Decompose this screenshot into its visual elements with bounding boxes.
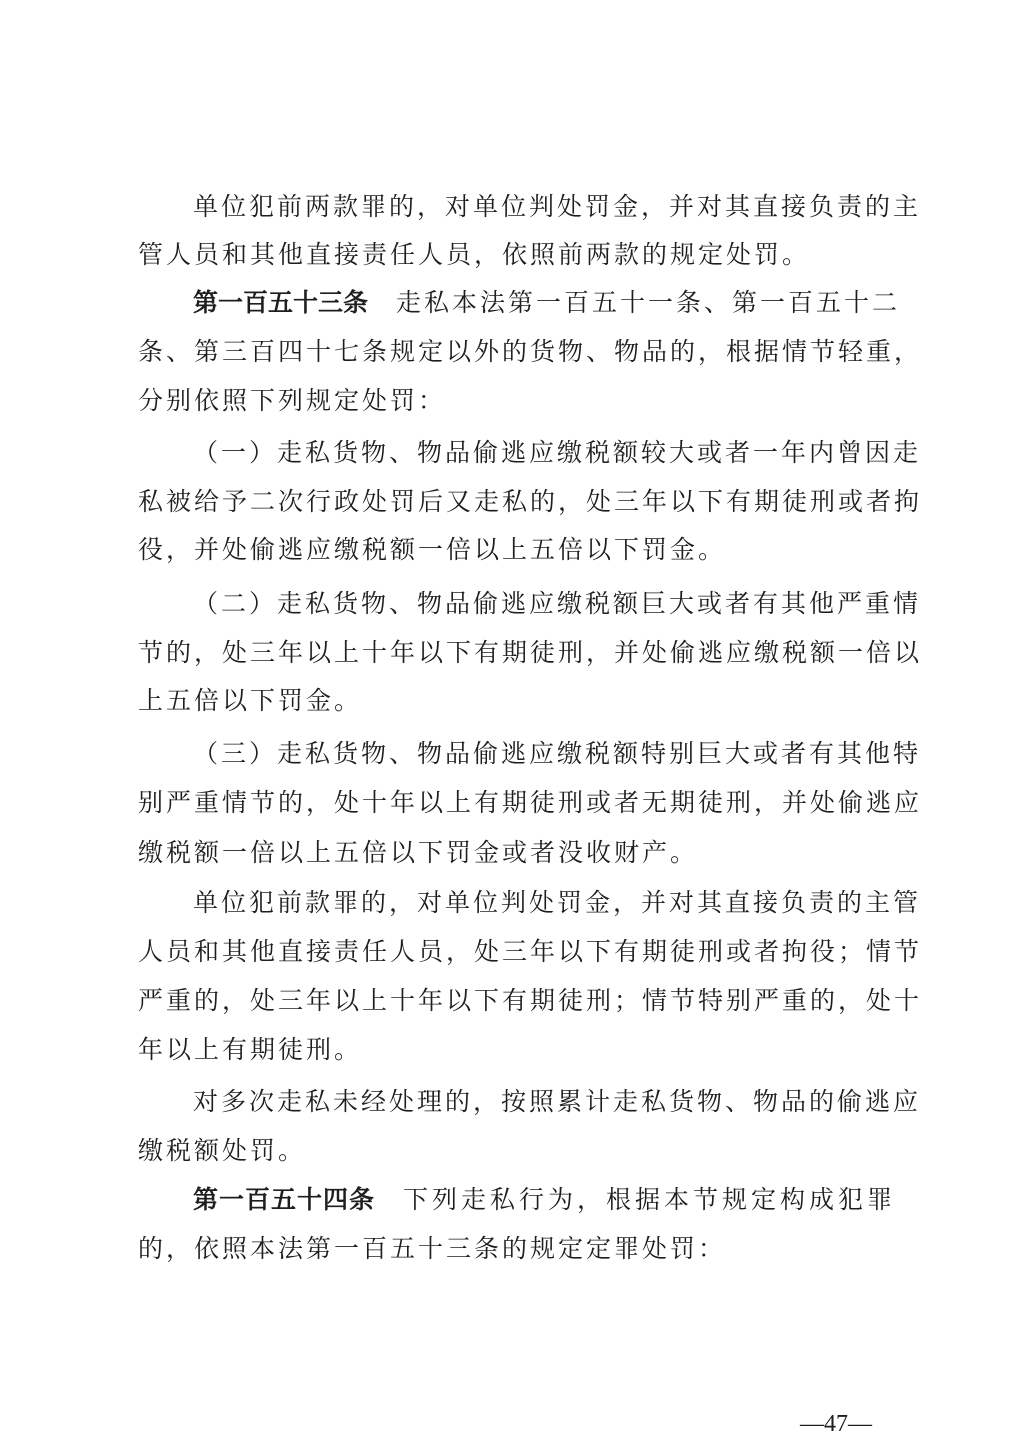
paragraph-line: 分别依照下列规定处罚： — [138, 385, 895, 417]
line-text: 役，并处偷逃应缴税额一倍以上五倍以下罚金。 — [138, 535, 726, 564]
line-text: 别严重情节的，处十年以上有期徒刑或者无期徒刑，并处偷逃应 — [138, 788, 922, 817]
line-text: 私被给予二次行政处罚后又走私的，处三年以下有期徒刑或者拘 — [138, 487, 922, 516]
paragraph-line: 役，并处偷逃应缴税额一倍以上五倍以下罚金。 — [138, 534, 895, 566]
line-text: （二）走私货物、物品偷逃应缴税额巨大或者有其他严重情 — [193, 589, 921, 618]
paragraph-line: 人员和其他直接责任人员，处三年以下有期徒刑或者拘役；情节 — [138, 936, 895, 968]
line-text: 单位犯前款罪的，对单位判处罚金，并对其直接负责的主管 — [193, 888, 921, 917]
paragraph-line: 节的，处三年以上十年以下有期徒刑，并处偷逃应缴税额一倍以 — [138, 637, 895, 669]
line-text: 下列走私行为，根据本节规定构成犯罪 — [403, 1185, 895, 1214]
paragraph-line: 年以上有期徒刑。 — [138, 1034, 895, 1066]
line-text: 缴税额一倍以上五倍以下罚金或者没收财产。 — [138, 838, 698, 867]
paragraph-line: 严重的，处三年以上十年以下有期徒刑；情节特别严重的，处十 — [138, 985, 895, 1017]
paragraph-line: 缴税额处罚。 — [138, 1135, 895, 1167]
clause-2-line: （二）走私货物、物品偷逃应缴税额巨大或者有其他严重情 — [193, 588, 895, 620]
paragraph-line: 别严重情节的，处十年以上有期徒刑或者无期徒刑，并处偷逃应 — [138, 787, 895, 819]
line-text: 人员和其他直接责任人员，处三年以下有期徒刑或者拘役；情节 — [138, 937, 922, 966]
paragraph-line: 上五倍以下罚金。 — [138, 685, 895, 717]
line-text: 单位犯前两款罪的，对单位判处罚金，并对其直接负责的主 — [193, 192, 921, 221]
paragraph-line: 私被给予二次行政处罚后又走私的，处三年以下有期徒刑或者拘 — [138, 486, 895, 518]
line-text: 走私本法第一百五十一条、第一百五十二 — [396, 288, 900, 317]
paragraph-line: 缴税额一倍以上五倍以下罚金或者没收财产。 — [138, 837, 895, 869]
line-text: 对多次走私未经处理的，按照累计走私货物、物品的偷逃应 — [193, 1087, 921, 1116]
article-heading: 第一百五十四条 — [193, 1185, 375, 1214]
line-text: 严重的，处三年以上十年以下有期徒刑；情节特别严重的，处十 — [138, 986, 922, 1015]
line-text: （一）走私货物、物品偷逃应缴税额较大或者一年内曾因走 — [193, 438, 921, 467]
clause-1-line: （一）走私货物、物品偷逃应缴税额较大或者一年内曾因走 — [193, 437, 895, 469]
line-text: 管人员和其他直接责任人员，依照前两款的规定处罚。 — [138, 240, 810, 269]
paragraph-line: 的，依照本法第一百五十三条的规定定罪处罚： — [138, 1233, 895, 1265]
paragraph-line: 条、第三百四十七条规定以外的货物、物品的，根据情节轻重， — [138, 336, 895, 368]
paragraph-line: 管人员和其他直接责任人员，依照前两款的规定处罚。 — [138, 239, 895, 271]
line-text: （三）走私货物、物品偷逃应缴税额特别巨大或者有其他特 — [193, 739, 921, 768]
line-text: 的，依照本法第一百五十三条的规定定罪处罚： — [138, 1234, 726, 1263]
article-heading: 第一百五十三条 — [193, 288, 368, 317]
document-page: 单位犯前两款罪的，对单位判处罚金，并对其直接负责的主 管人员和其他直接责任人员，… — [0, 0, 1024, 1448]
article-154-heading-line: 第一百五十四条下列走私行为，根据本节规定构成犯罪 — [193, 1184, 895, 1216]
line-text: 条、第三百四十七条规定以外的货物、物品的，根据情节轻重， — [138, 337, 922, 366]
page-number: —47— — [796, 1410, 876, 1438]
paragraph-line: 单位犯前款罪的，对单位判处罚金，并对其直接负责的主管 — [193, 887, 895, 919]
line-text: 缴税额处罚。 — [138, 1136, 306, 1165]
paragraph-line: 单位犯前两款罪的，对单位判处罚金，并对其直接负责的主 — [193, 191, 895, 223]
line-text: 年以上有期徒刑。 — [138, 1035, 362, 1064]
line-text: 节的，处三年以上十年以下有期徒刑，并处偷逃应缴税额一倍以 — [138, 638, 922, 667]
line-text: 上五倍以下罚金。 — [138, 686, 362, 715]
article-153-heading-line: 第一百五十三条走私本法第一百五十一条、第一百五十二 — [193, 287, 895, 319]
line-text: 分别依照下列规定处罚： — [138, 386, 446, 415]
clause-3-line: （三）走私货物、物品偷逃应缴税额特别巨大或者有其他特 — [193, 738, 895, 770]
paragraph-line: 对多次走私未经处理的，按照累计走私货物、物品的偷逃应 — [193, 1086, 895, 1118]
